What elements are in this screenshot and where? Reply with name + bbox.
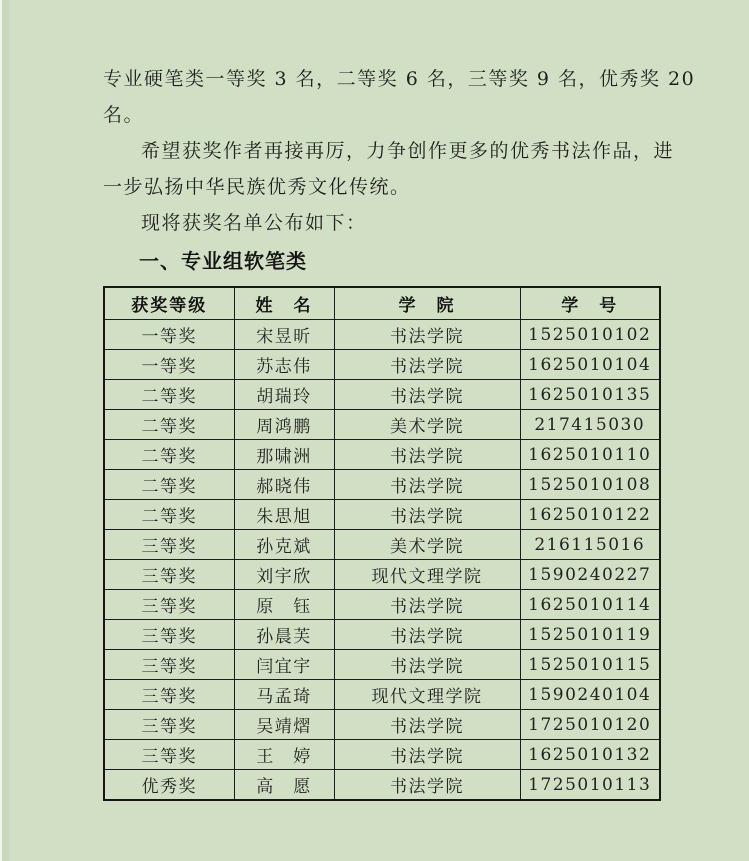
- student-id-cell: 217415030: [520, 410, 660, 440]
- college-cell: 书法学院: [334, 620, 520, 650]
- award-level-cell: 三等奖: [104, 680, 234, 710]
- name-cell: 原 钰: [234, 590, 334, 620]
- student-id-cell: 216115016: [520, 530, 660, 560]
- college-cell: 现代文理学院: [334, 560, 520, 590]
- name-cell: 刘宇欣: [234, 560, 334, 590]
- name-cell: 那啸洲: [234, 440, 334, 470]
- award-level-cell: 三等奖: [104, 620, 234, 650]
- award-level-cell: 三等奖: [104, 740, 234, 770]
- college-cell: 书法学院: [334, 770, 520, 801]
- name-cell: 宋昱昕: [234, 320, 334, 350]
- table-row: 二等奖朱思旭书法学院1625010122: [104, 500, 660, 530]
- table-header-row: 获奖等级姓 名学 院学 号: [104, 287, 660, 320]
- table-header-award-level-cell: 获奖等级: [104, 287, 234, 320]
- award-level-cell: 三等奖: [104, 530, 234, 560]
- table-header-college-cell: 学 院: [334, 287, 520, 320]
- college-cell: 书法学院: [334, 590, 520, 620]
- paragraph-line-5: 现将获奖名单公布如下：: [103, 205, 659, 241]
- award-level-cell: 一等奖: [104, 320, 234, 350]
- award-level-cell: 优秀奖: [104, 770, 234, 801]
- document-page: { "page": { "background": "#d1dfc4", "ed…: [0, 0, 749, 861]
- college-cell: 书法学院: [334, 710, 520, 740]
- awards-table: 获奖等级姓 名学 院学 号 一等奖宋昱昕书法学院1525010102一等奖苏志伟…: [103, 286, 661, 801]
- awards-table-head: 获奖等级姓 名学 院学 号: [104, 287, 660, 320]
- student-id-cell: 1590240227: [520, 560, 660, 590]
- name-cell: 胡瑞玲: [234, 380, 334, 410]
- table-row: 三等奖孙晨芙书法学院1525010119: [104, 620, 660, 650]
- college-cell: 书法学院: [334, 740, 520, 770]
- paragraph-line-4: 一步弘扬中华民族优秀文化传统。: [103, 169, 659, 205]
- award-level-cell: 二等奖: [104, 440, 234, 470]
- name-cell: 孙晨芙: [234, 620, 334, 650]
- table-row: 三等奖马孟琦现代文理学院1590240104: [104, 680, 660, 710]
- college-cell: 书法学院: [334, 650, 520, 680]
- college-cell: 书法学院: [334, 440, 520, 470]
- name-cell: 苏志伟: [234, 350, 334, 380]
- paragraph-line-3: 希望获奖作者再接再厉，力争创作更多的优秀书法作品，进: [103, 133, 659, 169]
- table-row: 三等奖原 钰书法学院1625010114: [104, 590, 660, 620]
- award-level-cell: 二等奖: [104, 380, 234, 410]
- name-cell: 周鸿鹏: [234, 410, 334, 440]
- name-cell: 马孟琦: [234, 680, 334, 710]
- student-id-cell: 1625010122: [520, 500, 660, 530]
- name-cell: 高 愿: [234, 770, 334, 801]
- student-id-cell: 1625010104: [520, 350, 660, 380]
- college-cell: 书法学院: [334, 320, 520, 350]
- award-level-cell: 二等奖: [104, 500, 234, 530]
- award-level-cell: 二等奖: [104, 410, 234, 440]
- table-row: 三等奖吴靖熠书法学院1725010120: [104, 710, 660, 740]
- name-cell: 郝晓伟: [234, 470, 334, 500]
- name-cell: 王 婷: [234, 740, 334, 770]
- table-row: 一等奖苏志伟书法学院1625010104: [104, 350, 660, 380]
- award-level-cell: 二等奖: [104, 470, 234, 500]
- award-level-cell: 三等奖: [104, 650, 234, 680]
- college-cell: 美术学院: [334, 410, 520, 440]
- table-row: 三等奖闫宜宇书法学院1525010115: [104, 650, 660, 680]
- awards-table-body: 一等奖宋昱昕书法学院1525010102一等奖苏志伟书法学院1625010104…: [104, 320, 660, 801]
- table-header-student-id-cell: 学 号: [520, 287, 660, 320]
- paragraph-line-1: 专业硬笔类一等奖 3 名，二等奖 6 名，三等奖 9 名，优秀奖 20: [103, 61, 659, 97]
- table-row: 二等奖郝晓伟书法学院1525010108: [104, 470, 660, 500]
- table-row: 二等奖胡瑞玲书法学院1625010135: [104, 380, 660, 410]
- student-id-cell: 1590240104: [520, 680, 660, 710]
- award-level-cell: 三等奖: [104, 710, 234, 740]
- page-edge-stripe: [0, 0, 9, 861]
- table-header-name-cell: 姓 名: [234, 287, 334, 320]
- student-id-cell: 1525010115: [520, 650, 660, 680]
- section-heading: 一、专业组软笔类: [103, 241, 659, 281]
- table-row: 一等奖宋昱昕书法学院1525010102: [104, 320, 660, 350]
- table-row: 二等奖周鸿鹏美术学院217415030: [104, 410, 660, 440]
- award-level-cell: 一等奖: [104, 350, 234, 380]
- student-id-cell: 1525010108: [520, 470, 660, 500]
- student-id-cell: 1525010102: [520, 320, 660, 350]
- student-id-cell: 1725010120: [520, 710, 660, 740]
- college-cell: 美术学院: [334, 530, 520, 560]
- table-row: 三等奖孙克斌美术学院216115016: [104, 530, 660, 560]
- student-id-cell: 1625010132: [520, 740, 660, 770]
- document-content: 专业硬笔类一等奖 3 名，二等奖 6 名，三等奖 9 名，优秀奖 20 名。 希…: [103, 61, 659, 801]
- table-row: 二等奖那啸洲书法学院1625010110: [104, 440, 660, 470]
- award-level-cell: 三等奖: [104, 560, 234, 590]
- student-id-cell: 1625010114: [520, 590, 660, 620]
- table-row: 优秀奖高 愿书法学院1725010113: [104, 770, 660, 801]
- student-id-cell: 1625010135: [520, 380, 660, 410]
- college-cell: 书法学院: [334, 470, 520, 500]
- name-cell: 朱思旭: [234, 500, 334, 530]
- college-cell: 书法学院: [334, 380, 520, 410]
- name-cell: 闫宜宇: [234, 650, 334, 680]
- table-row: 三等奖王 婷书法学院1625010132: [104, 740, 660, 770]
- student-id-cell: 1525010119: [520, 620, 660, 650]
- college-cell: 书法学院: [334, 350, 520, 380]
- student-id-cell: 1725010113: [520, 770, 660, 801]
- student-id-cell: 1625010110: [520, 440, 660, 470]
- college-cell: 现代文理学院: [334, 680, 520, 710]
- college-cell: 书法学院: [334, 500, 520, 530]
- name-cell: 吴靖熠: [234, 710, 334, 740]
- paragraph-line-2: 名。: [103, 97, 659, 133]
- table-row: 三等奖刘宇欣现代文理学院1590240227: [104, 560, 660, 590]
- award-level-cell: 三等奖: [104, 590, 234, 620]
- name-cell: 孙克斌: [234, 530, 334, 560]
